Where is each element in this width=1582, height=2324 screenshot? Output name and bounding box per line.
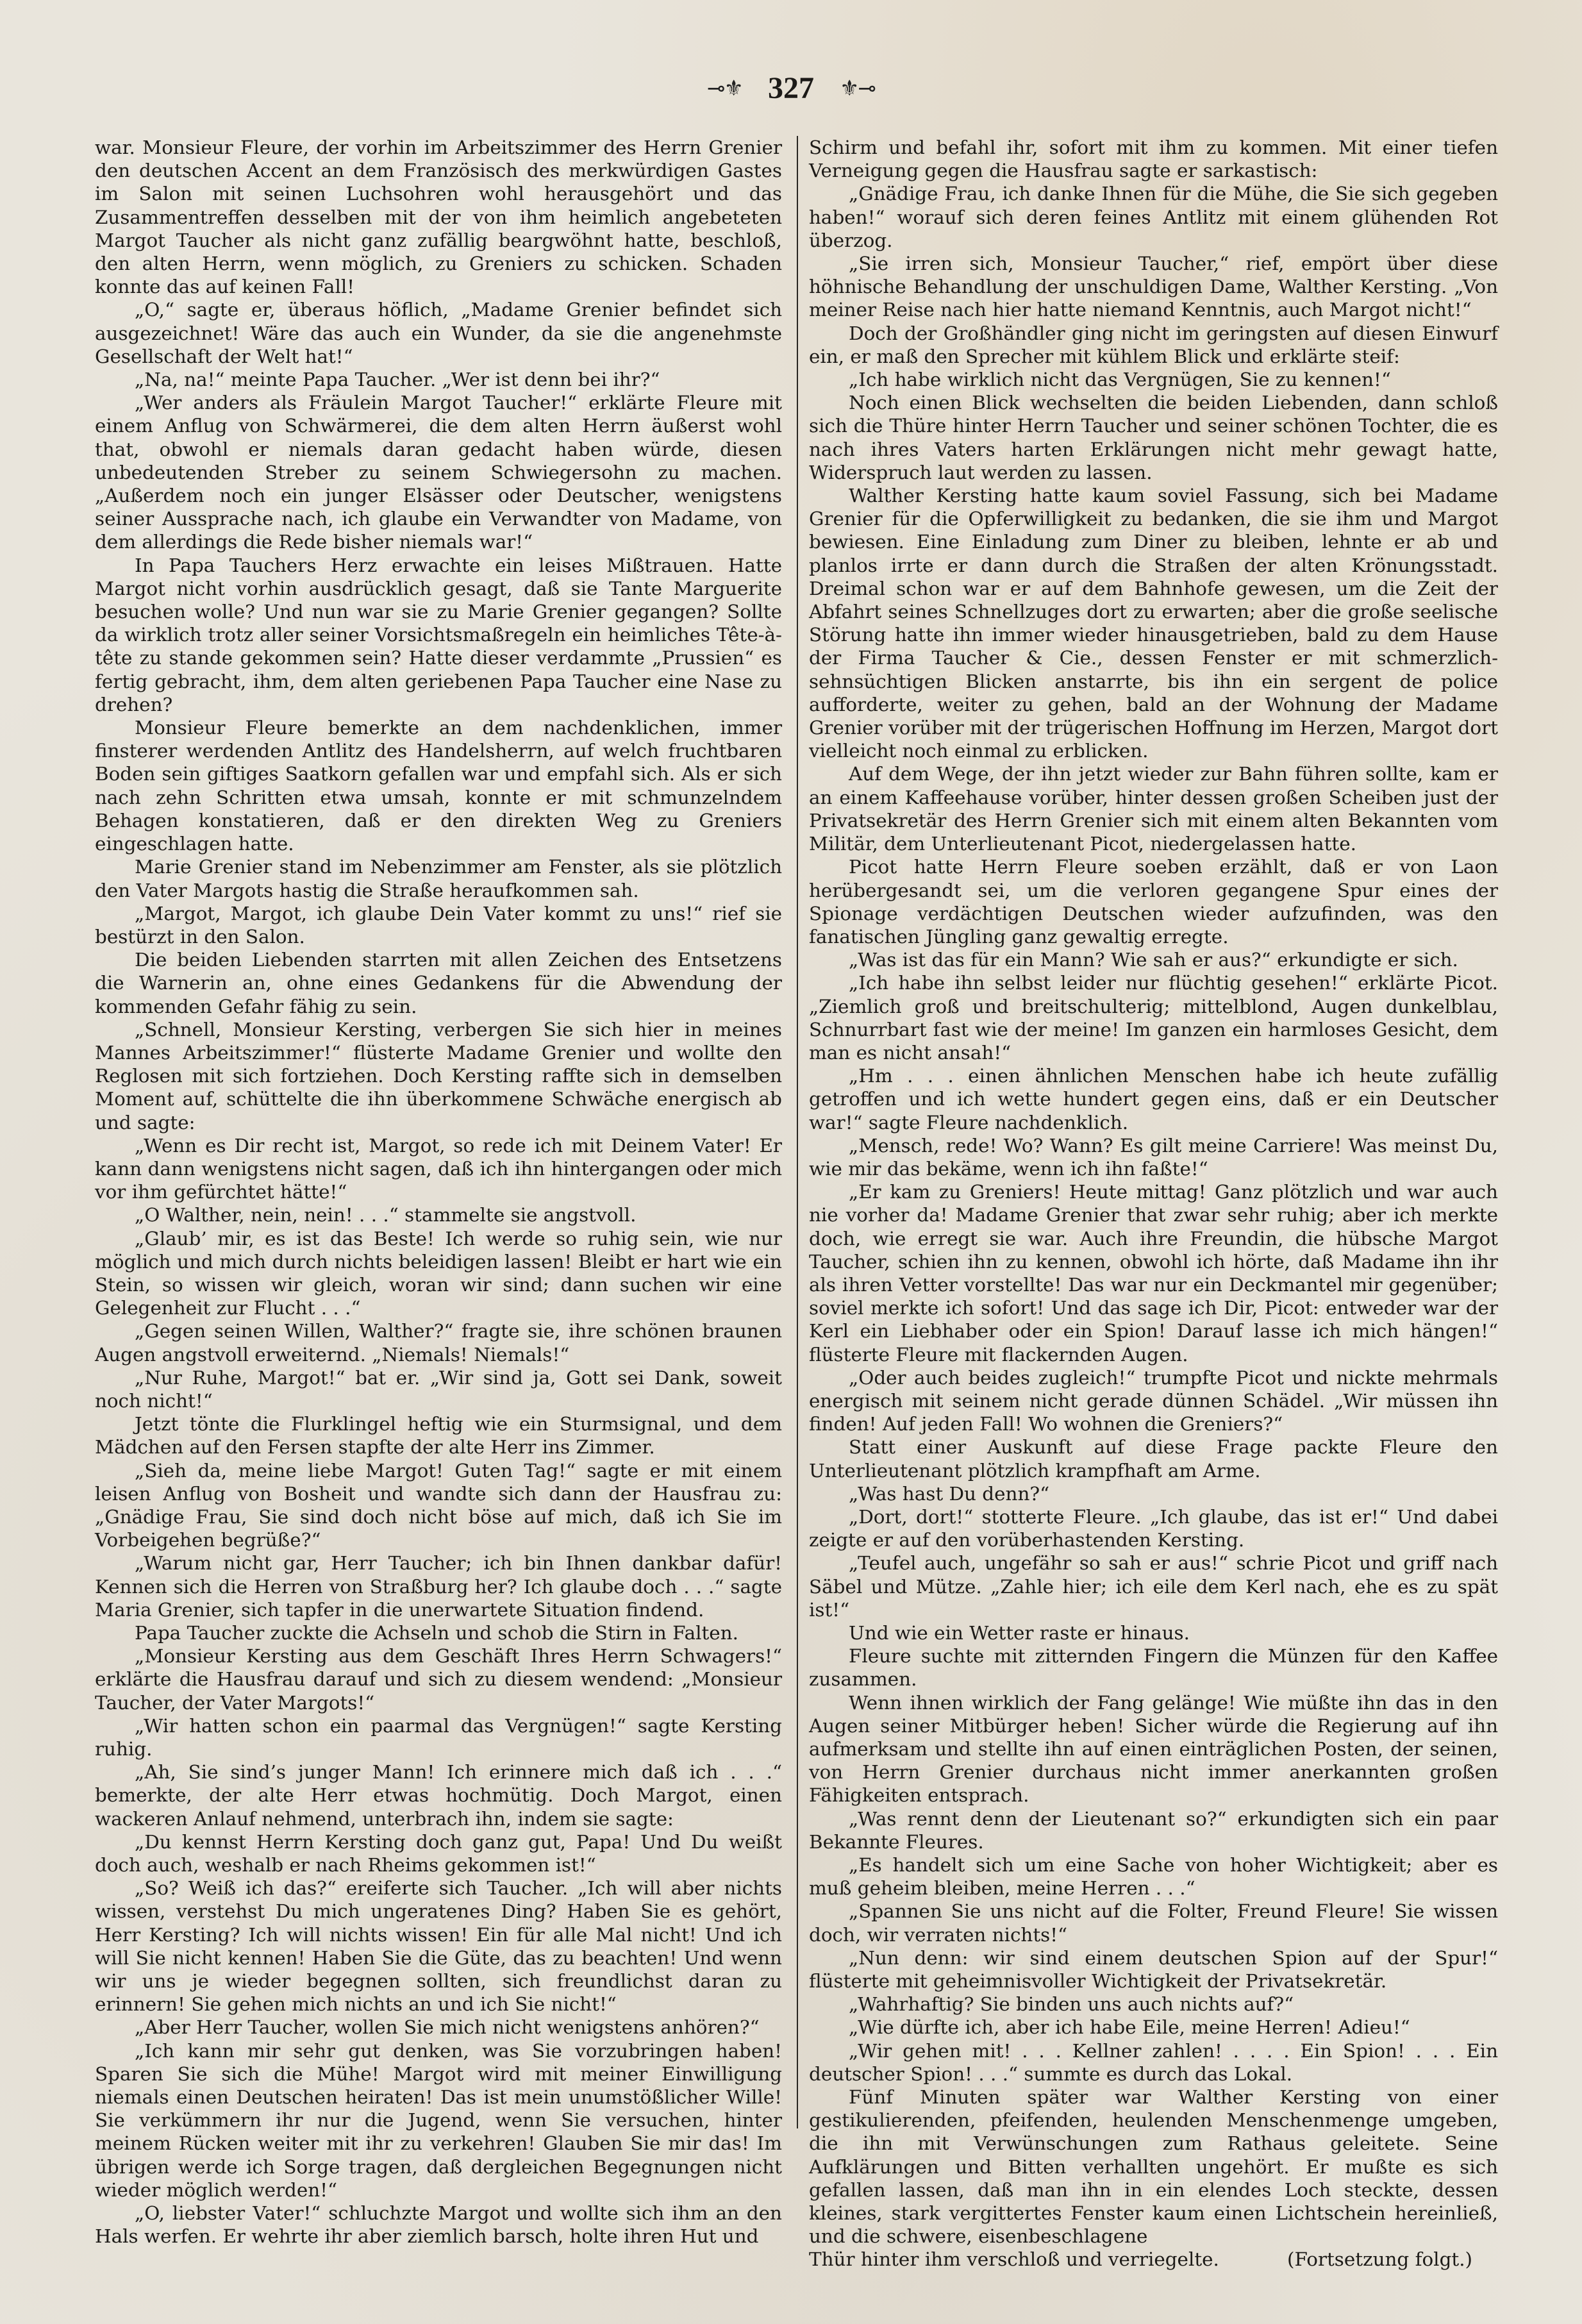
paragraph: Doch der Großhändler ging nicht im gerin… (809, 322, 1498, 368)
paragraph: In Papa Tauchers Herz erwachte ein leise… (95, 554, 782, 716)
ornament-right-icon: ⚜⊸ (840, 76, 875, 101)
paragraph: war. Monsieur Fleure, der vorhin im Arbe… (95, 136, 782, 298)
paragraph: „O, liebster Vater!“ schluchzte Margot u… (95, 2202, 782, 2248)
paragraph: „Wenn es Dir recht ist, Margot, so rede … (95, 1134, 782, 1204)
paragraph: „Na, na!“ meinte Papa Taucher. „Wer ist … (95, 368, 782, 391)
paragraph: „Aber Herr Taucher, wollen Sie mich nich… (95, 2016, 782, 2039)
left-column: war. Monsieur Fleure, der vorhin im Arbe… (95, 136, 782, 2248)
paragraph: „Glaub’ mir, es ist das Beste! Ich werde… (95, 1227, 782, 1320)
paragraph: „Gnädige Frau, ich danke Ihnen für die M… (809, 182, 1498, 252)
paragraph: Statt einer Auskunft auf diese Frage pac… (809, 1435, 1498, 1482)
paragraph: „Wer anders als Fräulein Margot Taucher!… (95, 391, 782, 553)
ornament-left-icon: ⊸⚜ (707, 76, 742, 101)
paragraph: „Warum nicht gar, Herr Taucher; ich bin … (95, 1551, 782, 1621)
paragraph: Auf dem Wege, der ihn jetzt wieder zur B… (809, 762, 1498, 855)
paragraph: „So? Weiß ich das?“ ereiferte sich Tauch… (95, 1877, 782, 2016)
continuation-note: (Fortsetzung folgt.) (1287, 2248, 1498, 2271)
paragraph: „Nun denn: wir sind einem deutschen Spio… (809, 1946, 1498, 1993)
paragraph: „Spannen Sie uns nicht auf die Folter, F… (809, 1900, 1498, 1946)
paragraph: Picot hatte Herrn Fleure soeben erzählt,… (809, 855, 1498, 948)
paragraph: Und wie ein Wetter raste er hinaus. (809, 1621, 1498, 1644)
paragraph: Wenn ihnen wirklich der Fang gelänge! Wi… (809, 1691, 1498, 1807)
paragraph: „Sieh da, meine liebe Margot! Guten Tag!… (95, 1459, 782, 1552)
page-number: 327 (768, 71, 814, 106)
paragraph: „Margot, Margot, ich glaube Dein Vater k… (95, 902, 782, 948)
paragraph: „Es handelt sich um eine Sache von hoher… (809, 1853, 1498, 1900)
paragraph: Noch einen Blick wechselten die beiden L… (809, 391, 1498, 484)
paragraph: Die beiden Liebenden starrten mit allen … (95, 948, 782, 1018)
paragraph: „Wie dürfte ich, aber ich habe Eile, mei… (809, 2016, 1498, 2039)
paragraph: „Sie irren sich, Monsieur Taucher,“ rief… (809, 252, 1498, 322)
paragraph: „Teufel auch, ungefähr so sah er aus!“ s… (809, 1551, 1498, 1621)
paragraph: „Wir gehen mit! . . . Kellner zahlen! . … (809, 2039, 1498, 2086)
page-header: ⊸⚜ 327 ⚜⊸ (0, 71, 1582, 106)
paragraph: Papa Taucher zuckte die Achseln und scho… (95, 1621, 782, 1644)
paragraph: „Du kennst Herrn Kersting doch ganz gut,… (95, 1830, 782, 1877)
paragraph: „Schnell, Monsieur Kersting, verbergen S… (95, 1018, 782, 1134)
column-divider (797, 136, 798, 2128)
paragraph: Fleure suchte mit zitternden Fingern die… (809, 1644, 1498, 1691)
paragraph: „Ich habe ihn selbst leider nur flüchtig… (809, 971, 1498, 1064)
paragraph: „Nur Ruhe, Margot!“ bat er. „Wir sind ja… (95, 1366, 782, 1412)
paragraph: Marie Grenier stand im Nebenzimmer am Fe… (95, 855, 782, 901)
paragraph: Walther Kersting hatte kaum soviel Fassu… (809, 484, 1498, 762)
paragraph: „Was rennt denn der Lieutenant so?“ erku… (809, 1807, 1498, 1853)
paragraph: Fünf Minuten später war Walther Kersting… (809, 2086, 1498, 2248)
paragraph: „Monsieur Kersting aus dem Geschäft Ihre… (95, 1644, 782, 1714)
paragraph: „Gegen seinen Willen, Walther?“ fragte s… (95, 1319, 782, 1366)
paragraph: „O Walther, nein, nein! . . .“ stammelte… (95, 1203, 782, 1226)
paragraph: „Wahrhaftig? Sie binden uns auch nichts … (809, 1993, 1498, 2016)
right-column: Schirm und befahl ihr, sofort mit ihm zu… (809, 136, 1498, 2271)
closing-line: Thür hinter ihm verschloß und verriegelt… (809, 2248, 1498, 2271)
paragraph: „Wir hatten schon ein paarmal das Vergnü… (95, 1714, 782, 1760)
paragraph: „Was hast Du denn?“ (809, 1482, 1498, 1505)
paragraph: Jetzt tönte die Flurklingel heftig wie e… (95, 1412, 782, 1459)
newspaper-page: ⊸⚜ 327 ⚜⊸ war. Monsieur Fleure, der vorh… (0, 0, 1582, 2324)
paragraph: „O,“ sagte er, überaus höflich, „Madame … (95, 298, 782, 368)
paragraph: „Ich kann mir sehr gut denken, was Sie v… (95, 2039, 782, 2202)
paragraph: „Hm . . . einen ähnlichen Menschen habe … (809, 1064, 1498, 1134)
paragraph: Monsieur Fleure bemerkte an dem nachdenk… (95, 716, 782, 855)
paragraph: „Dort, dort!“ stotterte Fleure. „Ich gla… (809, 1505, 1498, 1551)
paragraph: Schirm und befahl ihr, sofort mit ihm zu… (809, 136, 1498, 182)
paragraph: „Oder auch beides zugleich!“ trumpfte Pi… (809, 1366, 1498, 1436)
paragraph: „Mensch, rede! Wo? Wann? Es gilt meine C… (809, 1134, 1498, 1180)
paragraph: „Was ist das für ein Mann? Wie sah er au… (809, 948, 1498, 971)
paragraph: „Ich habe wirklich nicht das Vergnügen, … (809, 368, 1498, 391)
paragraph: „Er kam zu Greniers! Heute mittag! Ganz … (809, 1180, 1498, 1366)
final-line-text: Thür hinter ihm verschloß und verriegelt… (809, 2248, 1219, 2271)
paragraph: „Ah, Sie sind’s junger Mann! Ich erinner… (95, 1760, 782, 1830)
